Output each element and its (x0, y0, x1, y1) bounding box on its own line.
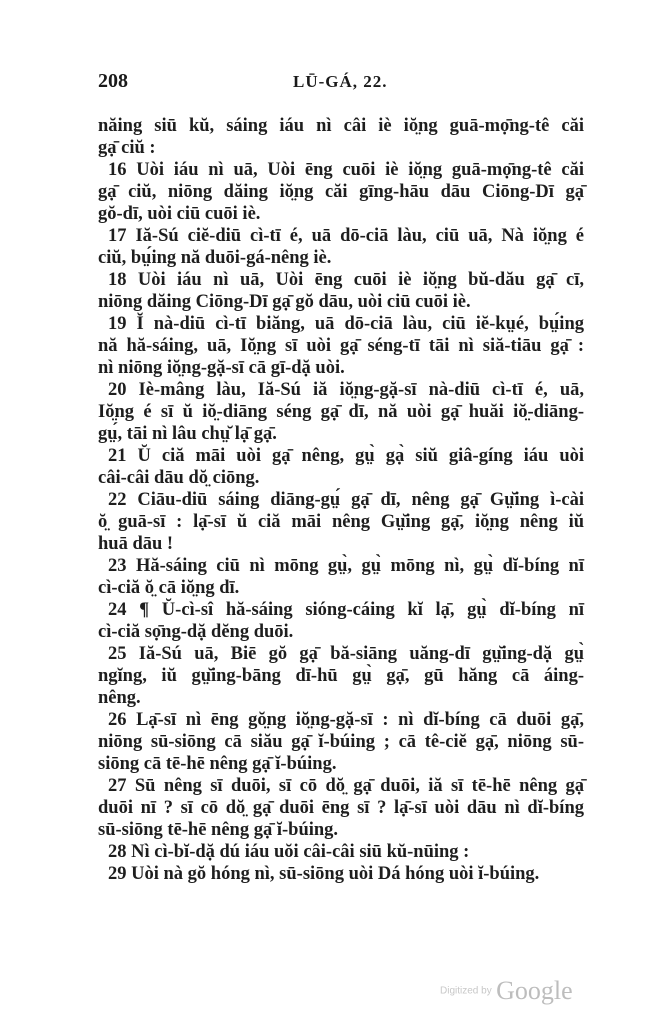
text-line: nêng. (98, 687, 584, 709)
text-line: 26 Lạ̄-sī nì ēng gŏ̤ng iŏ̤ng-gặ-sī : nì … (98, 709, 584, 731)
text-line: cì-ciă ŏ̤ cā iŏ̤ng dī. (98, 577, 584, 599)
text-line: 24 ¶ Ŭ-cì-sî hă-sáing sióng-cáing kĭ lạ̄… (98, 599, 584, 621)
text-line: 28 Nì cì-bĭ-dặ dú iáu uŏi câi-câi siū kŭ… (98, 841, 584, 863)
text-line: ciŭ, bṳ́ing nă duōi-gá-nêng iè. (98, 247, 584, 269)
text-line: gṳ́, tāi nì lâu chṳ̆ lạ̄ gạ̄. (98, 423, 584, 445)
book-page: 208 LŪ-GÁ, 22. năing siū kŭ, sáing iáu n… (98, 70, 584, 100)
page-header: 208 LŪ-GÁ, 22. (98, 70, 584, 100)
text-line: Iŏ̤ng é sī ŭ iŏ̤-diāng séng gạ̄ dī, nă u… (98, 401, 584, 423)
text-line: huā dāu ! (98, 533, 584, 555)
running-title: LŪ-GÁ, 22. (293, 72, 388, 92)
text-line: siōng cā tē-hē nêng gạ̄ ĭ-búing. (98, 753, 584, 775)
text-line: gạ̄ ciŭ : (98, 137, 584, 159)
text-line: ngĭng, iŭ gṳ̆ing-bāng dī-hū gṳ̀ gạ̄, gū … (98, 665, 584, 687)
text-line: 21 Ŭ ciă māi uòi gạ̄ nêng, gṳ̀ gạ̀ siŭ g… (98, 445, 584, 467)
text-line: cì-ciă sọ̄ng-dặ dĕng duōi. (98, 621, 584, 643)
text-line: 18 Uòi iáu nì uā, Uòi ēng cuōi iè iŏ̤ng … (98, 269, 584, 291)
page-number: 208 (98, 70, 128, 93)
text-line: ŏ̤ guā-sī : lạ̄-sī ŭ ciă māi nêng Gṳ̆ing… (98, 511, 584, 533)
text-line: câi-câi dāu dŏ̤ ciōng. (98, 467, 584, 489)
text-line: gạ̄ ciŭ, niōng dăing iŏ̤ng căi gīng-hāu … (98, 181, 584, 203)
text-line: 29 Uòi nà gŏ hóng nì, sū-siōng uòi Dá hó… (98, 863, 584, 885)
text-line: nì niōng iŏ̤ng-gặ-sī cā gī-dặ uòi. (98, 357, 584, 379)
google-logo: Google (496, 976, 573, 1005)
google-watermark: Digitized by Google (440, 976, 573, 1006)
text-line: niōng sū-siōng cā siău gạ̄ ĭ-búing ; cā … (98, 731, 584, 753)
text-line: 17 Iă-Sú ciĕ-diū cì-tī é, uā dō-ciā làu,… (98, 225, 584, 247)
text-line: niōng dăing Ciōng-Dī gạ̄ gŏ dāu, uòi ciū… (98, 291, 584, 313)
text-line: 23 Hă-sáing ciū nì mōng gṳ̀, gṳ̀ mōng nì… (98, 555, 584, 577)
text-line: 27 Sū nêng sī duōi, sī cō dŏ̤ gạ̄ duōi, … (98, 775, 584, 797)
text-line: sū-siōng tē-hē nêng gạ̄ ĭ-búing. (98, 819, 584, 841)
text-line: 25 Iă-Sú uā, Biē gŏ gạ̄ bă-siāng uăng-dī… (98, 643, 584, 665)
text-line: năing siū kŭ, sáing iáu nì câi iè iŏ̤ng … (98, 115, 584, 137)
text-line: 16 Uòi iáu nì uā, Uòi ēng cuōi iè iŏ̤ng … (98, 159, 584, 181)
body-text: năing siū kŭ, sáing iáu nì câi iè iŏ̤ng … (98, 115, 584, 885)
text-line: 22 Ciāu-diū sáing diāng-gṳ́ gạ̄ dī, nêng… (98, 489, 584, 511)
text-line: gŏ-dī, uòi ciū cuōi iè. (98, 203, 584, 225)
text-line: duōi nī ? sī cō dŏ̤ gạ̄ duōi ēng sī ? lạ… (98, 797, 584, 819)
text-line: nă hă-sáing, uā, Iŏ̤ng sī uòi gạ̄ séng-t… (98, 335, 584, 357)
text-line: 19 Ĭ nà-diū cì-tī biăng, uā dō-ciā làu, … (98, 313, 584, 335)
digitized-by-label: Digitized by (440, 986, 492, 997)
text-line: 20 Iè-mâng làu, Iă-Sú iă iŏ̤ng-gặ-sī nà-… (98, 379, 584, 401)
